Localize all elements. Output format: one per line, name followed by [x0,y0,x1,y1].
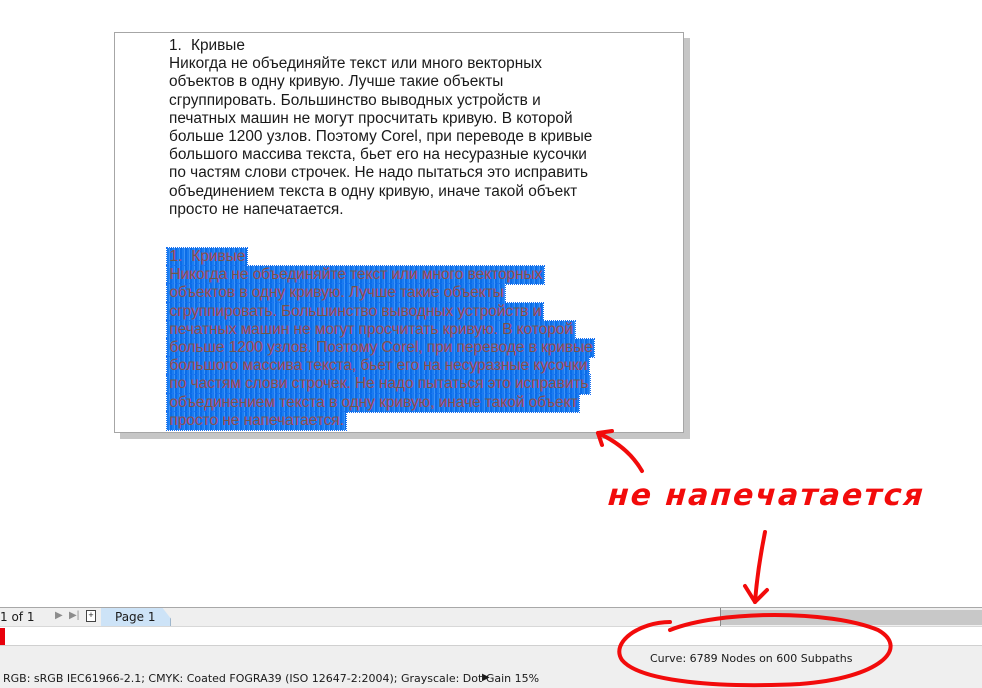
text-line: объектов в одну кривую. Лучше такие объе… [169,73,629,91]
curve-line: Никогда не объединяйте текст или много в… [167,266,544,284]
last-page-icon[interactable]: ▶| [69,610,79,621]
text-line: печатных машин не могут просчитать криву… [169,110,629,128]
curve-line: печатных машин не могут просчитать криву… [167,321,575,339]
text-line: большого массива текста, бьет его на нес… [169,146,629,164]
curve-heading-line: 1.Кривые [167,248,247,266]
curve-line: объединением текста в одну кривую, иначе… [167,394,579,412]
curve-line: сгруппировать. Большинство выводных устр… [167,303,543,321]
annotation-label: не напечатается [607,478,926,513]
selected-curve-object[interactable]: 1.Кривые Никогда не объединяйте текст ил… [169,248,629,430]
next-page-icon[interactable]: ▶ [55,610,63,621]
curve-line: просто не напечатается. [167,412,346,430]
status-bar: Curve: 6789 Nodes on 600 Subpaths RGB: s… [0,646,982,688]
color-profiles-info[interactable]: RGB: sRGB IEC61966-2.1; CMYK: Coated FOG… [3,672,539,685]
text-line: сгруппировать. Большинство выводных устр… [169,92,629,110]
page-shadow [120,433,690,439]
curve-line: большого массива текста, бьет его на нес… [167,357,589,375]
profiles-arrow-icon[interactable]: ▶ [482,672,490,683]
paragraph-text-object[interactable]: 1.Кривые Никогда не объединяйте текст ил… [169,37,629,219]
curve-line: по частям слови строчек. Не надо пытатьс… [167,375,590,393]
document-palette [0,626,982,646]
add-page-icon[interactable]: + [86,610,96,622]
page-count: 1 of 1 [0,610,34,624]
text-line: больше 1200 узлов. Поэтому Corel, при пе… [169,128,629,146]
text-line: просто не напечатается. [169,201,629,219]
curve-line: больше 1200 узлов. Поэтому Corel, при пе… [167,339,594,357]
page-shadow [684,38,690,439]
object-info: Curve: 6789 Nodes on 600 Subpaths [650,652,852,665]
text-line: по частям слови строчек. Не надо пытатьс… [169,164,629,182]
drawing-canvas[interactable]: 1.Кривые Никогда не объединяйте текст ил… [0,0,982,607]
heading-line: 1.Кривые [169,37,629,55]
page-navigator: 1 of 1 ▶ ▶| + Page 1 [0,607,982,626]
text-line: объединением текста в одну кривую, иначе… [169,183,629,201]
tab-page-1[interactable]: Page 1 [101,608,171,626]
text-line: Никогда не объединяйте текст или много в… [169,55,629,73]
curve-line: объектов в одну кривую. Лучше такие объе… [167,284,505,302]
horizontal-scrollbar[interactable] [721,610,982,625]
color-swatch-red[interactable] [0,628,5,645]
